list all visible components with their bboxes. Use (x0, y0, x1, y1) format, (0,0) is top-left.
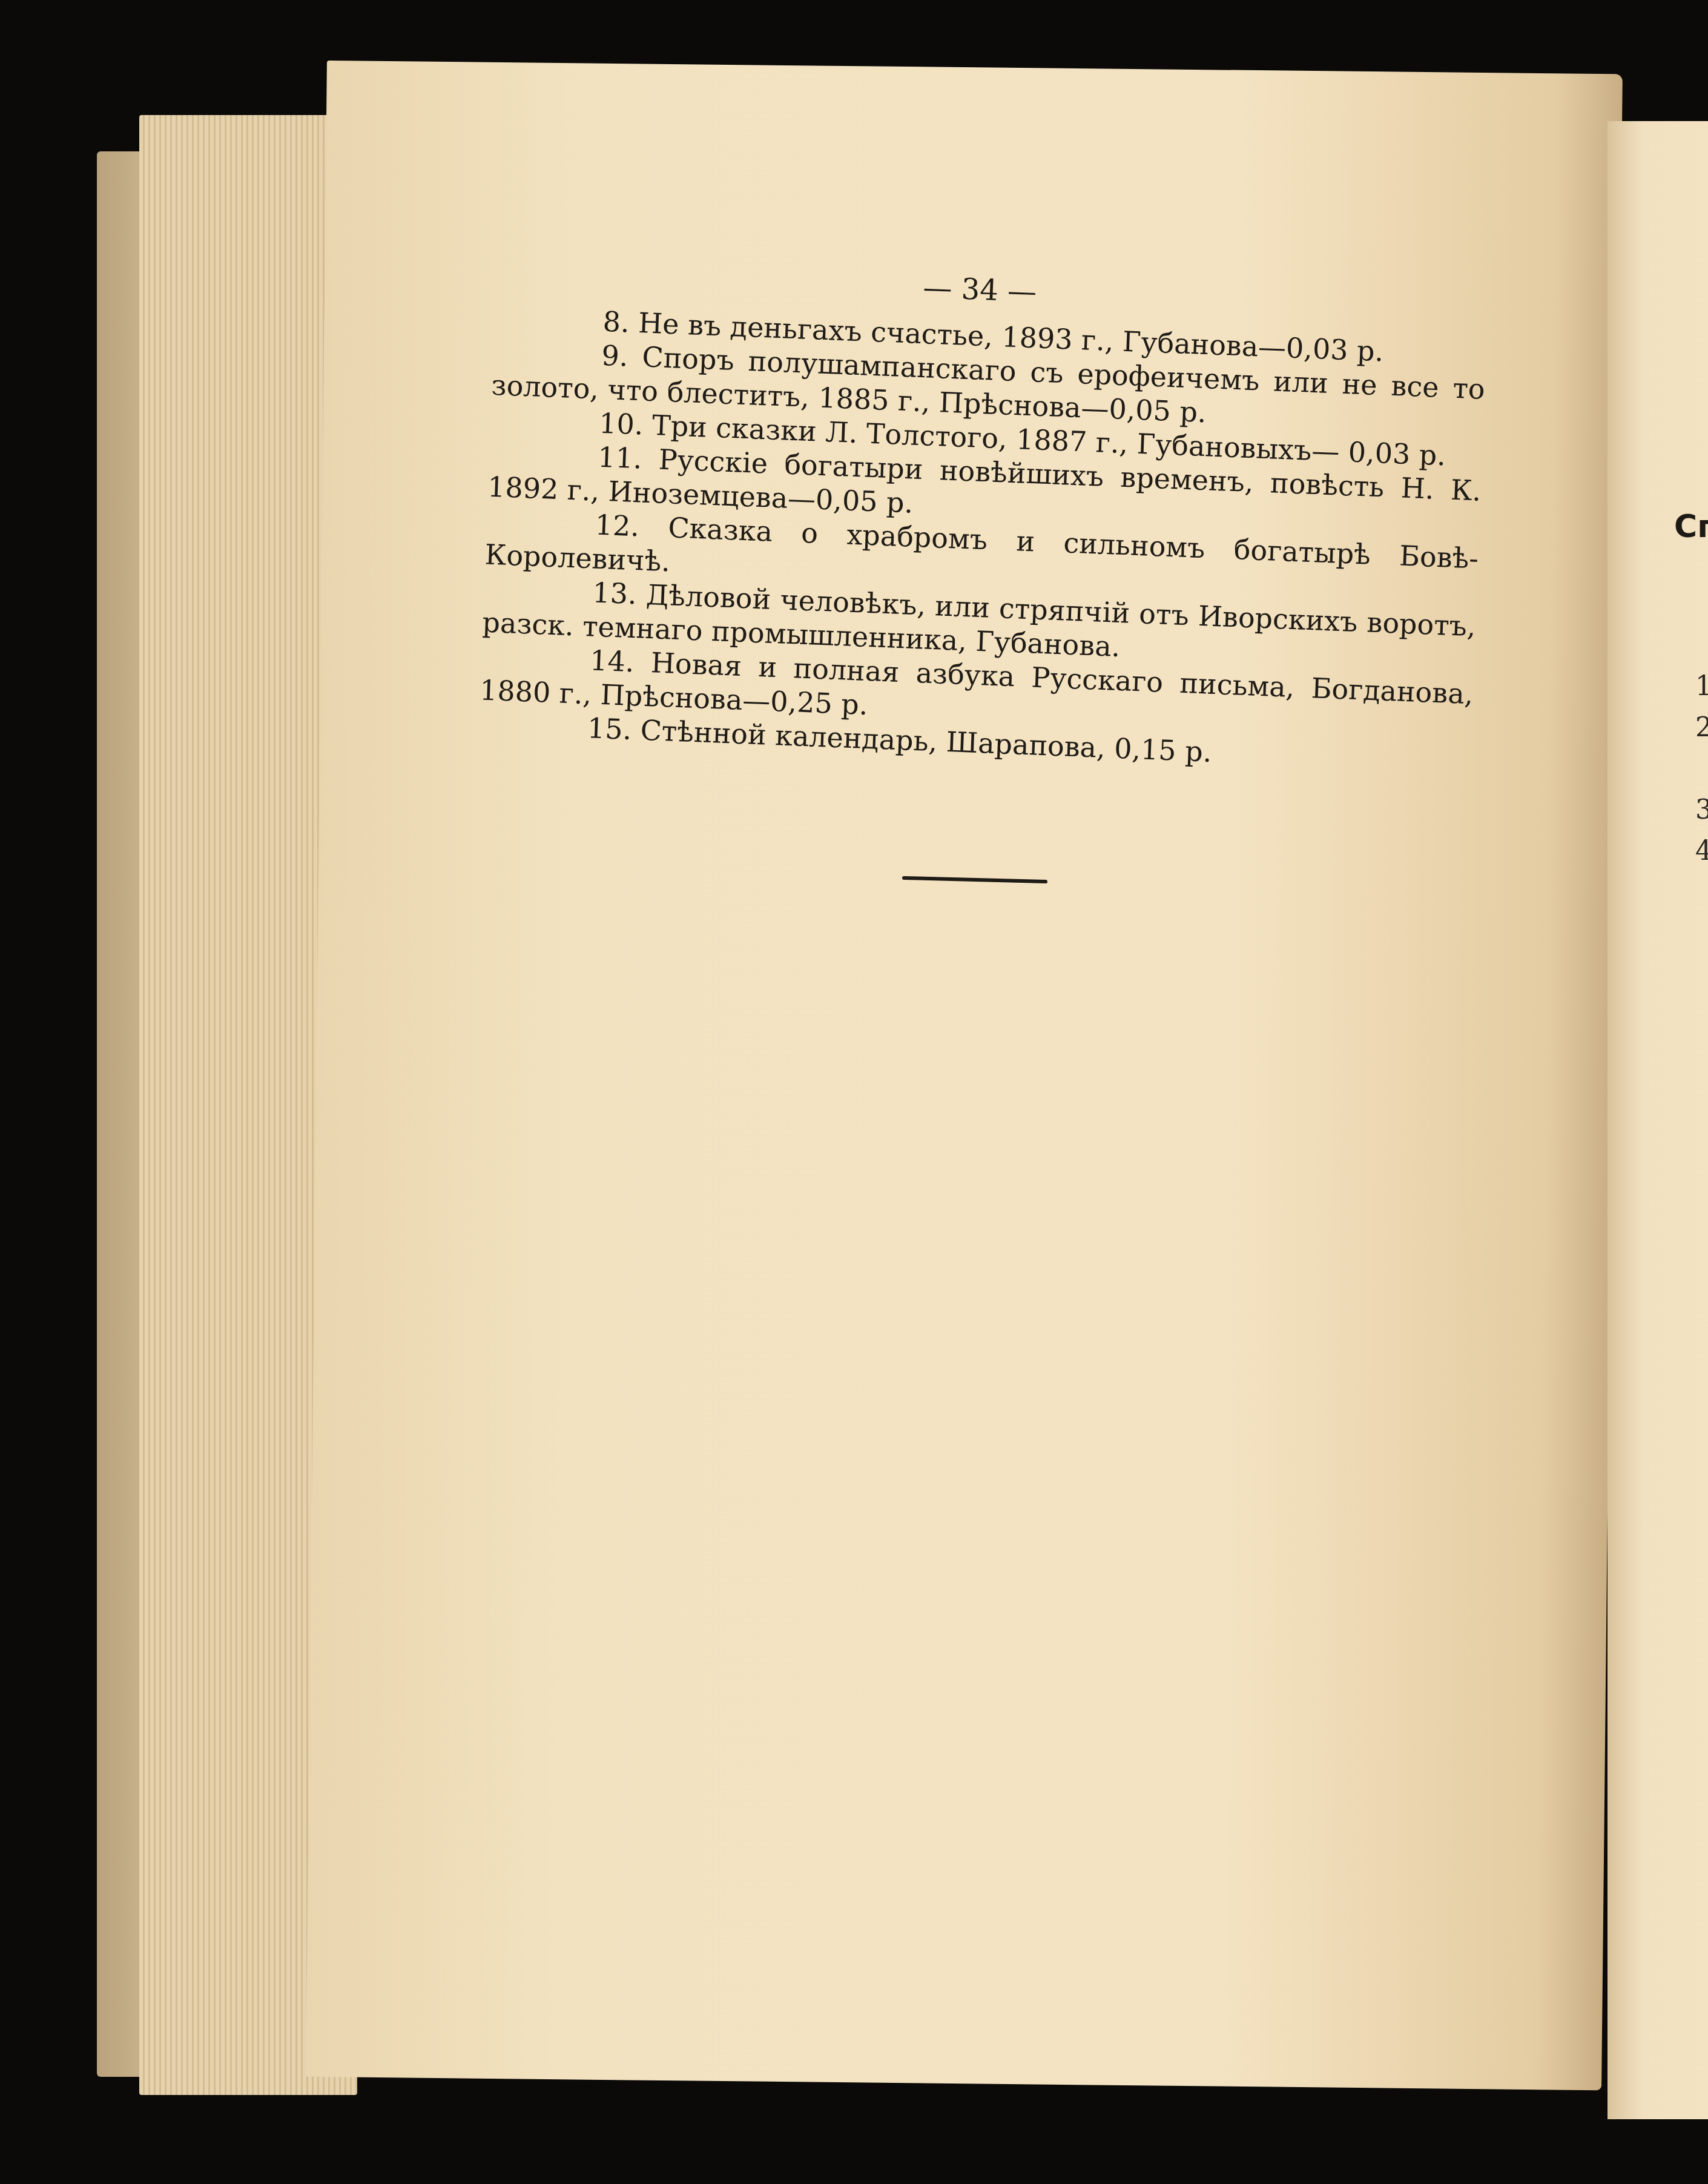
entry-number: 13. (592, 576, 638, 611)
entry-number: 9. (601, 339, 629, 373)
next-page-number-fragments: 1 2 3 4 (1695, 666, 1708, 872)
entry-number: 11. (597, 441, 642, 475)
page-text: — 34 — 8. Не въ деньгахъ счастье, 1893 г… (478, 254, 1489, 779)
entry-number: 8. (602, 305, 630, 339)
next-page-edge (1607, 121, 1708, 2119)
entry-number: 10. (598, 407, 644, 441)
entry-number: 12. (595, 509, 640, 543)
entry-number: 14. (589, 644, 635, 678)
entry-number: 15. (587, 711, 632, 746)
next-page-heading-fragment: Сп (1674, 509, 1708, 545)
